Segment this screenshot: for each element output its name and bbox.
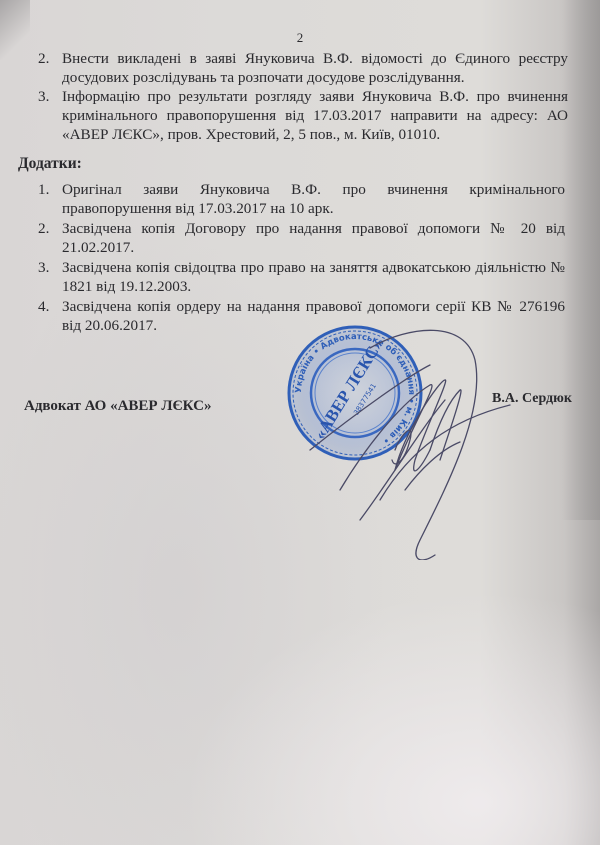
attachment-text: Засвідчена копія свідоцтва про право на … — [62, 258, 565, 296]
attachment-number: 2. — [38, 219, 49, 238]
request-item-text: Внести викладені в заяві Януковича В.Ф. … — [62, 49, 568, 87]
attachment-text: Оригінал заяви Януковича В.Ф. про вчинен… — [62, 180, 565, 218]
attachment-number: 3. — [38, 258, 49, 277]
request-item-number: 3. — [38, 87, 49, 106]
request-item: 2. Внести викладені в заяві Януковича В.… — [38, 49, 568, 87]
attachments-heading: Додатки: — [18, 155, 82, 173]
request-item-text: Інформацію про результати розгляду заяви… — [62, 87, 568, 144]
request-item: 3. Інформацію про результати розгляду за… — [38, 87, 568, 144]
request-item-number: 2. — [38, 49, 49, 68]
stamp-seal-icon: Україна • Адвокатське об'єднання • м. Ки… — [285, 323, 425, 463]
attachment-number: 4. — [38, 297, 49, 316]
page-number: 2 — [0, 30, 600, 46]
attachments-list: 1. Оригінал заяви Януковича В.Ф. про вчи… — [38, 180, 565, 336]
attachment-text: Засвідчена копія Договору про надання пр… — [62, 219, 565, 257]
signer-title: Адвокат АО «АВЕР ЛЄКС» — [24, 398, 212, 415]
attachment-item: 1. Оригінал заяви Януковича В.Ф. про вчи… — [38, 180, 565, 218]
signer-name: В.А. Сердюк — [492, 391, 572, 407]
attachment-item: 3. Засвідчена копія свідоцтва про право … — [38, 258, 565, 296]
attachment-number: 1. — [38, 180, 49, 199]
attachment-item: 2. Засвідчена копія Договору про надання… — [38, 219, 565, 257]
request-list: 2. Внести викладені в заяві Януковича В.… — [38, 49, 568, 144]
